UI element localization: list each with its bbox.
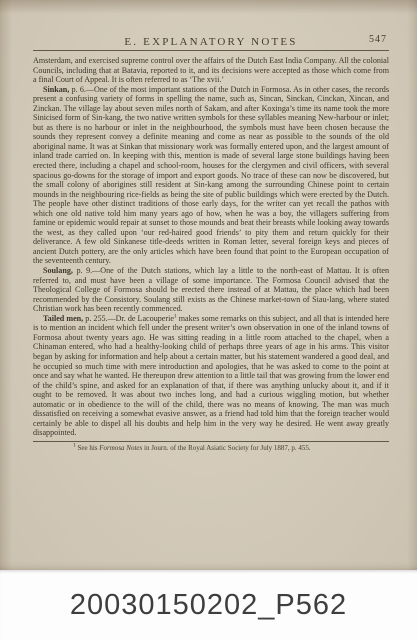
entry-text: makes some remarks on this subject, and … <box>33 314 389 438</box>
footnote-text: in Journ. of the Royal Asiatic Society f… <box>142 444 310 452</box>
page-title: E. EXPLANATORY NOTES <box>124 36 297 48</box>
archive-label: 20030150202_P562 <box>70 589 347 622</box>
page-number: 547 <box>369 34 387 45</box>
footnote-text: See his <box>76 444 100 452</box>
page-content: E. EXPLANATORY NOTES 547 Amsterdam, and … <box>33 32 389 452</box>
footnote-rule <box>33 441 389 442</box>
entry-sinkan: Sinkan, p. 6.—One of the most important … <box>33 85 389 266</box>
entry-soulang: Soulang, p. 9.—One of the Dutch stations… <box>33 266 389 314</box>
paragraph-continuation: Amsterdam, and exercised supreme control… <box>33 56 389 85</box>
entry-page-ref: p. 9. <box>73 266 92 275</box>
entry-term: Soulang, <box>43 266 73 275</box>
entry-page-ref: p. 255. <box>83 314 107 323</box>
page-body: Amsterdam, and exercised supreme control… <box>33 56 389 438</box>
footnote: 1 See his Formosa Notes in Journ. of the… <box>33 444 389 453</box>
entry-term: Tailed men, <box>43 314 83 323</box>
page-header: E. EXPLANATORY NOTES 547 <box>33 32 389 47</box>
footnote-work-title: Formosa Notes <box>99 444 142 452</box>
header-rule <box>33 50 389 51</box>
archive-label-strip: 20030150202_P562 <box>0 570 417 640</box>
paragraph-text: Amsterdam, and exercised supreme control… <box>33 56 389 84</box>
entry-page-ref: p. 6. <box>69 85 86 94</box>
entry-text: —Dr. de Lacouperie <box>108 314 174 323</box>
entry-term: Sinkan, <box>43 85 69 94</box>
entry-tailed-men: Tailed men, p. 255.—Dr. de Lacouperie1 m… <box>33 314 389 438</box>
entry-text: —One of the most important stations of t… <box>33 85 389 266</box>
scanned-book-page: E. EXPLANATORY NOTES 547 Amsterdam, and … <box>0 0 417 640</box>
